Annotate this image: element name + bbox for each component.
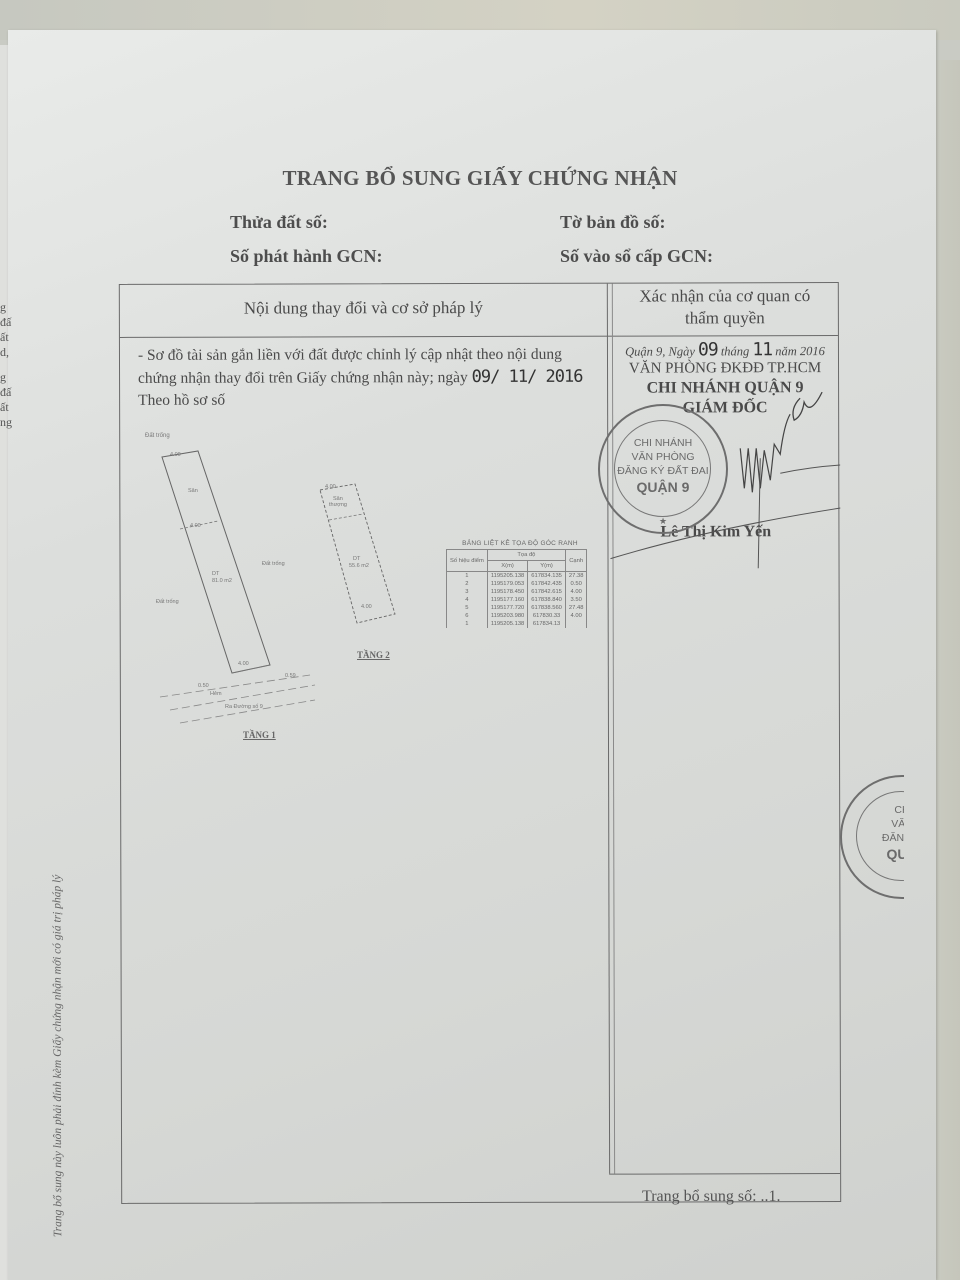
stamp-line: CH [842, 803, 904, 817]
date-prefix: Quận 9, Ngày [625, 344, 695, 358]
cell-y: 617842.435 [528, 580, 566, 588]
fragment: đấ [0, 315, 14, 330]
cell-edge: 27.48 [565, 604, 587, 612]
svg-text:Đất trống: Đất trống [156, 599, 179, 605]
document-title: TRANG BỔ SUNG GIẤY CHỨNG NHẬN [0, 166, 960, 191]
cell-edge: 27.38 [565, 572, 587, 581]
fragment: ất [0, 330, 14, 345]
svg-text:Đất trống: Đất trống [262, 561, 285, 567]
floor2-diagram: Sân thượng DT 55.6 m2 4.00 4.00 [305, 478, 415, 648]
stamp-line: QUẬN 9 [600, 480, 726, 494]
col-point: Số hiệu điểm [447, 550, 488, 572]
header-confirmation-line1: Xác nhận của cơ quan có [612, 285, 838, 308]
floor2-label: TẦNG 2 [357, 650, 390, 660]
register-number-label: Số vào sổ cấp GCN: [560, 246, 713, 267]
col-coord: Tọa độ [487, 550, 565, 561]
fragment: d, [0, 345, 14, 360]
cell-point: 3 [447, 588, 488, 596]
cell-x: 1195205.138 [487, 620, 527, 628]
fragment: ất [0, 400, 14, 415]
col-x: X(m) [487, 561, 527, 572]
cell-point: 5 [447, 604, 488, 612]
official-stamp: CHI NHÁNH VĂN PHÒNG ĐĂNG KÝ ĐẤT ĐAI QUẬN… [598, 404, 728, 534]
col-edge: Cạnh [565, 550, 587, 572]
svg-text:thượng: thượng [329, 502, 347, 508]
content-line: - Sơ đồ tài sản gắn liền với đất được ch… [138, 344, 608, 367]
stamp-line: ĐĂNG K [842, 831, 904, 845]
stamp-line: ĐĂNG KÝ ĐẤT ĐAI [600, 464, 726, 478]
fragment: đấ [0, 385, 14, 400]
cell-y: 617830.33 [528, 612, 566, 620]
cell-x: 1195178.450 [487, 588, 527, 596]
legal-side-note: Trang bổ sung này luôn phải đính kèm Giấ… [51, 767, 64, 1237]
svg-text:4.00: 4.00 [238, 661, 249, 667]
cell-y: 617834.135 [528, 572, 566, 581]
fragment: g [0, 370, 14, 385]
stamp-line: VĂN PHÒNG [600, 450, 726, 464]
content-text: chứng nhận thay đổi trên Giấy chứng nhận… [138, 369, 468, 387]
stamp-line: VĂN [842, 817, 904, 831]
cell-y: 617838.560 [528, 604, 566, 612]
svg-text:4.00: 4.00 [325, 484, 336, 490]
svg-text:55.6 m2: 55.6 m2 [349, 563, 369, 569]
stamp-line: QUẬ [842, 847, 904, 861]
svg-text:Ra Đường số 9: Ra Đường số 9 [225, 704, 263, 710]
date-month-label: tháng [721, 344, 750, 358]
coordinate-table: BẢNG LIỆT KÊ TỌA ĐỘ GÓC RANH Số hiệu điể… [446, 540, 594, 628]
table-row: 21195179.053617842.4350.50 [447, 580, 587, 588]
coordinate-grid: Số hiệu điểm Tọa độ Cạnh X(m) Y(m) 11195… [446, 549, 587, 628]
floor1-diagram: Đất trống 4.00 Sân DT 81.0 m2 Đất trống … [140, 425, 320, 745]
land-parcel-label: Thửa đất số: [230, 212, 328, 233]
cell-x: 1195203.980 [487, 612, 527, 620]
empty-land-text: Đất trống [145, 433, 170, 439]
svg-text:DT: DT [353, 556, 361, 562]
svg-text:4.00: 4.00 [361, 604, 372, 610]
underlying-text-fragment: g đấ ất d, [0, 300, 14, 360]
cell-edge: 4.00 [565, 612, 587, 620]
header-confirmation-line2: thẩm quyền [612, 307, 838, 330]
issue-number-label: Số phát hành GCN: [230, 246, 383, 267]
cell-point: 1 [447, 572, 488, 581]
cell-x: 1195177.720 [487, 604, 527, 612]
header-confirmation: Xác nhận của cơ quan có thẩm quyền [612, 285, 838, 330]
content-line: Theo hồ sơ số [138, 389, 608, 412]
cell-x: 1195177.160 [487, 596, 527, 604]
cell-y: 617842.615 [528, 588, 566, 596]
table-row: 11195205.138617834.13527.38 [447, 572, 587, 581]
svg-text:DT: DT [212, 571, 220, 577]
page-number: Trang bổ sung số: ..1. [642, 1188, 781, 1206]
floor1-label: TẦNG 1 [243, 730, 276, 740]
office-name: VĂN PHÒNG ĐKĐĐ TP.HCM [612, 360, 838, 378]
fragment: g [0, 300, 14, 315]
cell-edge: 3.50 [565, 596, 587, 604]
table-row: 51195177.720617838.56027.48 [447, 604, 587, 612]
svg-text:4.00: 4.00 [190, 523, 201, 529]
underlying-text-fragment: g đấ ất ng [0, 370, 14, 430]
table-row: 31195178.450617842.6154.00 [447, 588, 587, 596]
change-content: - Sơ đồ tài sản gắn liền với đất được ch… [138, 344, 608, 412]
map-sheet-label: Tờ bản đồ số: [560, 212, 666, 233]
col-y: Y(m) [528, 561, 566, 572]
fragment: ng [0, 415, 14, 430]
handwritten-date: 09/ 11/ 2016 [472, 367, 583, 387]
cell-point: 2 [447, 580, 488, 588]
stamp-line: CHI NHÁNH [600, 436, 726, 450]
cell-y: 617838.840 [528, 596, 566, 604]
header-divider [120, 335, 838, 338]
svg-text:Hẻm: Hẻm [210, 691, 222, 697]
confirmation-date: Quận 9, Ngày 09 tháng 11 năm 2016 [612, 339, 838, 361]
table-row: 41195177.160617838.8403.50 [447, 596, 587, 604]
cell-point: 6 [447, 612, 488, 620]
cell-point: 1 [447, 620, 488, 628]
cell-y: 617834.13 [528, 620, 566, 628]
table-row: 61195203.980617830.334.00 [447, 612, 587, 620]
header-changes: Nội dung thay đổi và cơ sở pháp lý [120, 298, 607, 319]
partial-stamp: CH VĂN ĐĂNG K QUẬ [838, 775, 904, 905]
svg-text:Sân: Sân [188, 488, 198, 494]
cell-point: 4 [447, 596, 488, 604]
coordinate-table-caption: BẢNG LIỆT KÊ TỌA ĐỘ GÓC RANH [446, 540, 594, 547]
cell-x: 1195179.053 [487, 580, 527, 588]
svg-text:0.50: 0.50 [198, 683, 209, 689]
date-month: 11 [752, 339, 772, 360]
date-year: năm 2016 [775, 344, 825, 358]
stamp-star-icon: ★ [600, 514, 726, 528]
cell-edge: 4.00 [565, 588, 587, 596]
date-day: 09 [698, 339, 718, 360]
partial-stamp-ring: CH VĂN ĐĂNG K QUẬ [840, 775, 904, 899]
cell-x: 1195205.138 [487, 572, 527, 581]
content-line: chứng nhận thay đổi trên Giấy chứng nhận… [138, 366, 608, 390]
cell-edge [565, 620, 587, 628]
table-row: 11195205.138617834.13 [447, 620, 587, 628]
svg-text:4.00: 4.00 [170, 452, 181, 458]
svg-text:0.59: 0.59 [285, 673, 296, 679]
svg-text:81.0 m2: 81.0 m2 [212, 578, 232, 584]
cell-edge: 0.50 [565, 580, 587, 588]
bottom-divider [609, 1173, 840, 1175]
